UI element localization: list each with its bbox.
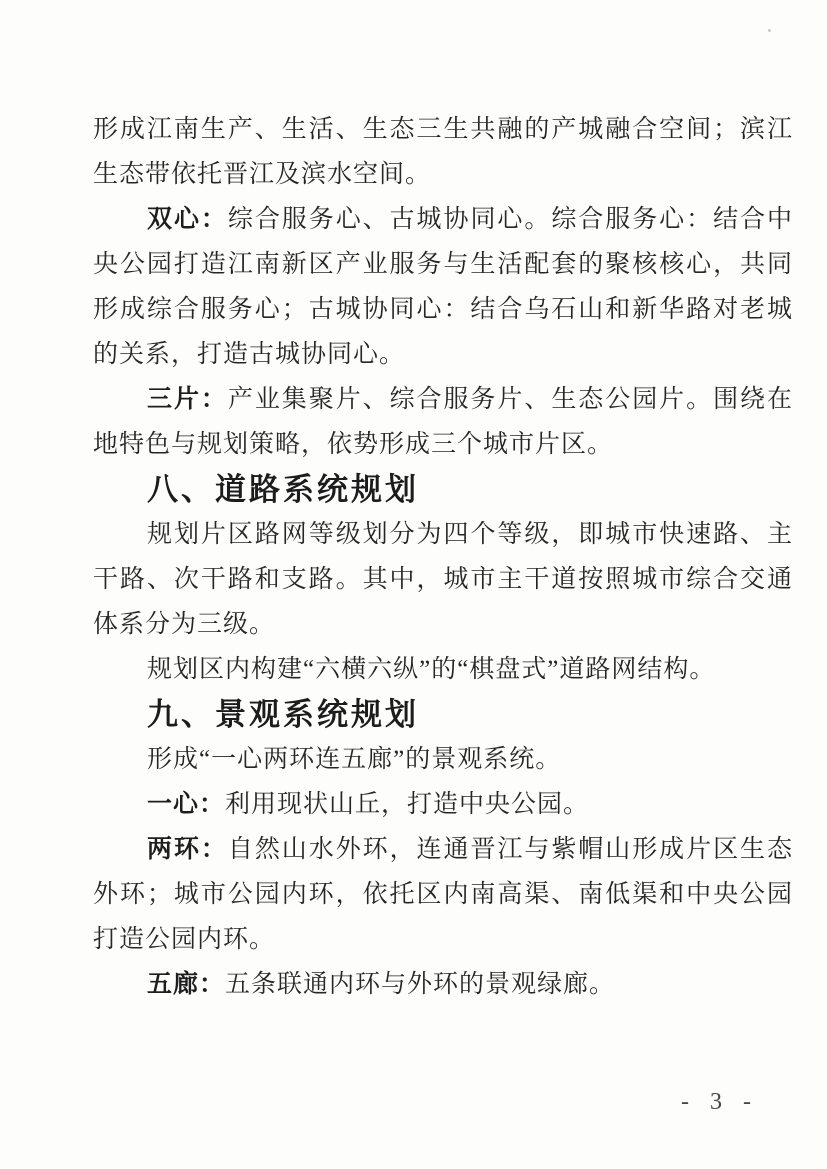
line-text: 规划片区路网等级划分为四个等级，即城市快速路、主 [147,521,793,548]
text-line: 双心：综合服务心、古城协同心。综合服务心：结合中 [93,197,793,242]
text-line: 一心：利用现状山丘，打造中央公园。 [93,782,793,827]
text-line: 干路、次干路和支路。其中，城市主干道按照城市综合交通 [93,557,793,602]
section-heading: 九、景观系统规划 [93,692,793,737]
text-line: 规划片区路网等级划分为四个等级，即城市快速路、主 [93,512,793,557]
line-text: 地特色与规划策略，依势形成三个城市片区。 [93,431,613,458]
line-text: 五条联通内环与外环的景观绿廊。 [225,971,615,998]
scan-speck [768,29,771,32]
line-text: 利用现状山丘，打造中央公园。 [225,791,589,818]
line-text: 自然山水外环，连通晋江与紫帽山形成片区生态 [228,836,793,863]
line-text: 产业集聚片、综合服务片、生态公园片。围绕在 [228,386,793,413]
text-line: 外环；城市公园内环，依托区内南高渠、南低渠和中央公园 [93,872,793,917]
line-text: 形成“一心两环连五廊”的景观系统。 [147,746,561,773]
line-text: 体系分为三级。 [93,611,275,638]
line-text: 八、道路系统规划 [147,472,419,507]
text-line: 形成“一心两环连五廊”的景观系统。 [93,737,793,782]
page-number: - 3 - [681,1087,756,1117]
text-line: 五廊：五条联通内环与外环的景观绿廊。 [93,962,793,1007]
line-text: 外环；城市公园内环，依托区内南高渠、南低渠和中央公园 [93,881,793,908]
text-line: 生态带依托晋江及滨水空间。 [93,152,793,197]
text-line: 三片：产业集聚片、综合服务片、生态公园片。围绕在 [93,377,793,422]
text-line: 形成综合服务心；古城协同心：结合乌石山和新华路对老城 [93,287,793,332]
scanned-document-page: 形成江南生产、生活、生态三生共融的产城融合空间；滨江生态带依托晋江及滨水空间。双… [0,0,827,1169]
text-line: 央公园打造江南新区产业服务与生活配套的聚核核心，共同 [93,242,793,287]
text-line: 地特色与规划策略，依势形成三个城市片区。 [93,422,793,467]
line-text: 生态带依托晋江及滨水空间。 [93,161,431,188]
line-text: 规划区内构建“六横六纵”的“棋盘式”道路网结构。 [147,656,715,683]
line-text: 形成综合服务心；古城协同心：结合乌石山和新华路对老城 [93,296,793,323]
text-line: 形成江南生产、生活、生态三生共融的产城融合空间；滨江 [93,107,793,152]
text-line: 体系分为三级。 [93,602,793,647]
line-text: 形成江南生产、生活、生态三生共融的产城融合空间；滨江 [93,116,793,143]
document-body: 形成江南生产、生活、生态三生共融的产城融合空间；滨江生态带依托晋江及滨水空间。双… [93,107,793,1007]
section-heading: 八、道路系统规划 [93,467,793,512]
line-lead-label: 两环： [147,835,228,863]
line-lead-label: 双心： [147,205,228,233]
line-lead-label: 五廊： [147,970,225,998]
line-text: 干路、次干路和支路。其中，城市主干道按照城市综合交通 [93,566,793,593]
line-text: 打造公园内环。 [93,926,275,953]
text-line: 规划区内构建“六横六纵”的“棋盘式”道路网结构。 [93,647,793,692]
line-text: 的关系，打造古城协同心。 [93,341,405,368]
line-text: 央公园打造江南新区产业服务与生活配套的聚核核心，共同 [93,251,793,278]
line-text: 九、景观系统规划 [147,697,419,732]
line-text: 综合服务心、古城协同心。综合服务心：结合中 [228,206,793,233]
text-line: 的关系，打造古城协同心。 [93,332,793,377]
line-lead-label: 三片： [147,385,228,413]
line-lead-label: 一心： [147,790,225,818]
text-line: 两环：自然山水外环，连通晋江与紫帽山形成片区生态 [93,827,793,872]
text-line: 打造公园内环。 [93,917,793,962]
